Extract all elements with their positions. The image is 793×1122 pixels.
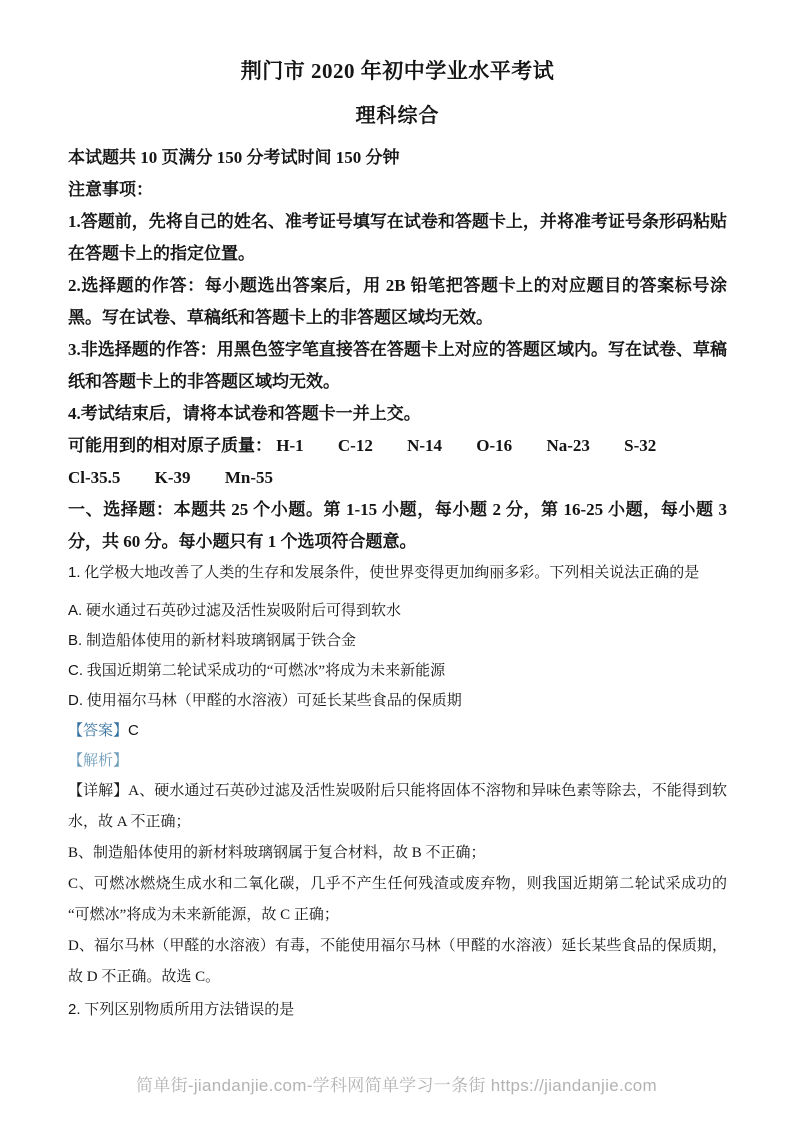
question-1-text: 化学极大地改善了人类的生存和发展条件，使世界变得更加绚丽多彩。下列相关说法正确的… [84,565,699,581]
exam-document-page: 荆门市 2020 年初中学业水平考试 理科综合 本试题共 10 页满分 150 … [0,0,793,1122]
answer-value: C [128,722,139,739]
question-2-text: 下列区别物质所用方法错误的是 [84,1002,294,1018]
atomic-mass-C: C-12 [338,430,373,462]
atomic-mass-Cl: Cl-35.5 [68,462,120,494]
option-a-label: A. [68,602,82,619]
notice-item-2: 2.选择题的作答：每小题选出答案后，用 2B 铅笔把答题卡上的对应题目的答案标号… [68,270,727,334]
option-b-text: 制造船体使用的新材料玻璃钢属于铁合金 [86,633,356,649]
atomic-mass-line-1: 可能用到的相对原子质量： H-1 C-12 N-14 O-16 Na-23 S-… [68,430,727,462]
atomic-mass-line-2: Cl-35.5 K-39 Mn-55 [68,462,727,494]
exam-title: 荆门市 2020 年初中学业水平考试 [68,56,727,86]
atomic-mass-label: 可能用到的相对原子质量： [68,436,272,455]
question-1-option-a: A. 硬水通过石英砂过滤及活性炭吸附后可得到软水 [68,596,727,626]
option-a-text: 硬水通过石英砂过滤及活性炭吸附后可得到软水 [86,603,401,619]
question-1-option-b: B. 制造船体使用的新材料玻璃钢属于铁合金 [68,626,727,656]
option-c-text: 我国近期第二轮试采成功的“可燃冰”将成为未来新能源 [87,663,445,679]
option-d-text: 使用福尔马林（甲醛的水溶液）可延长某些食品的保质期 [87,693,462,709]
analysis-label: 【解析】 [68,753,128,769]
detail-paragraph-c: C、可燃冰燃烧生成水和二氧化碳，几乎不产生任何残渣或废弃物，则我国近期第二轮试采… [68,869,727,931]
atomic-mass-K: K-39 [155,462,191,494]
detail-paragraph-b: B、制造船体使用的新材料玻璃钢属于复合材料，故 B 不正确； [68,838,727,869]
question-1-number: 1. [68,564,81,581]
section-1-heading: 一、选择题：本题共 25 个小题。第 1-15 小题，每小题 2 分，第 16-… [68,494,727,558]
detail-paragraph-d: D、福尔马林（甲醛的水溶液）有毒，不能使用福尔马林（甲醛的水溶液）延长某些食品的… [68,931,727,993]
question-1-block: 1. 化学极大地改善了人类的生存和发展条件，使世界变得更加绚丽多彩。下列相关说法… [68,558,727,993]
option-d-label: D. [68,692,83,709]
notice-item-3: 3.非选择题的作答：用黑色签字笔直接答在答题卡上对应的答题区域内。写在试卷、草稿… [68,334,727,398]
question-1-stem: 1. 化学极大地改善了人类的生存和发展条件，使世界变得更加绚丽多彩。下列相关说法… [68,558,727,588]
question-2-number: 2. [68,1001,81,1018]
question-1-option-c: C. 我国近期第二轮试采成功的“可燃冰”将成为未来新能源 [68,656,727,686]
exam-subtitle: 理科综合 [68,102,727,130]
detail-text-a: A、硬水通过石英砂过滤及活性炭吸附后只能将固体不溶物和异味色素等除去，不能得到软… [68,783,727,830]
notice-heading: 注意事项： [68,174,727,206]
atomic-mass-S: S-32 [624,430,656,462]
option-c-label: C. [68,662,83,679]
question-1-option-d: D. 使用福尔马林（甲醛的水溶液）可延长某些食品的保质期 [68,686,727,716]
option-b-label: B. [68,632,82,649]
atomic-mass-Na: Na-23 [546,430,589,462]
atomic-mass-N: N-14 [407,430,442,462]
footer-watermark: 简单街-jiandanjie.com-学科网简单学习一条街 https://ji… [0,1071,793,1096]
atomic-mass-H: H-1 [276,430,303,462]
atomic-mass-Mn: Mn-55 [225,462,273,494]
question-1-answer-line: 【答案】C [68,716,727,746]
detail-label: 【详解】 [68,783,128,799]
detail-paragraph-a: 【详解】A、硬水通过石英砂过滤及活性炭吸附后只能将固体不溶物和异味色素等除去，不… [68,776,727,838]
answer-label: 【答案】 [68,723,128,739]
question-2-stem: 2. 下列区别物质所用方法错误的是 [68,995,727,1025]
notice-item-4: 4.考试结束后，请将本试卷和答题卡一并上交。 [68,398,727,430]
notice-item-1: 1.答题前，先将自己的姓名、准考证号填写在试卷和答题卡上，并将准考证号条形码粘贴… [68,206,727,270]
question-2-block: 2. 下列区别物质所用方法错误的是 [68,995,727,1025]
question-1-analysis-line: 【解析】 [68,746,727,776]
atomic-mass-O: O-16 [476,430,512,462]
exam-info-line: 本试题共 10 页满分 150 分考试时间 150 分钟 [68,142,727,174]
